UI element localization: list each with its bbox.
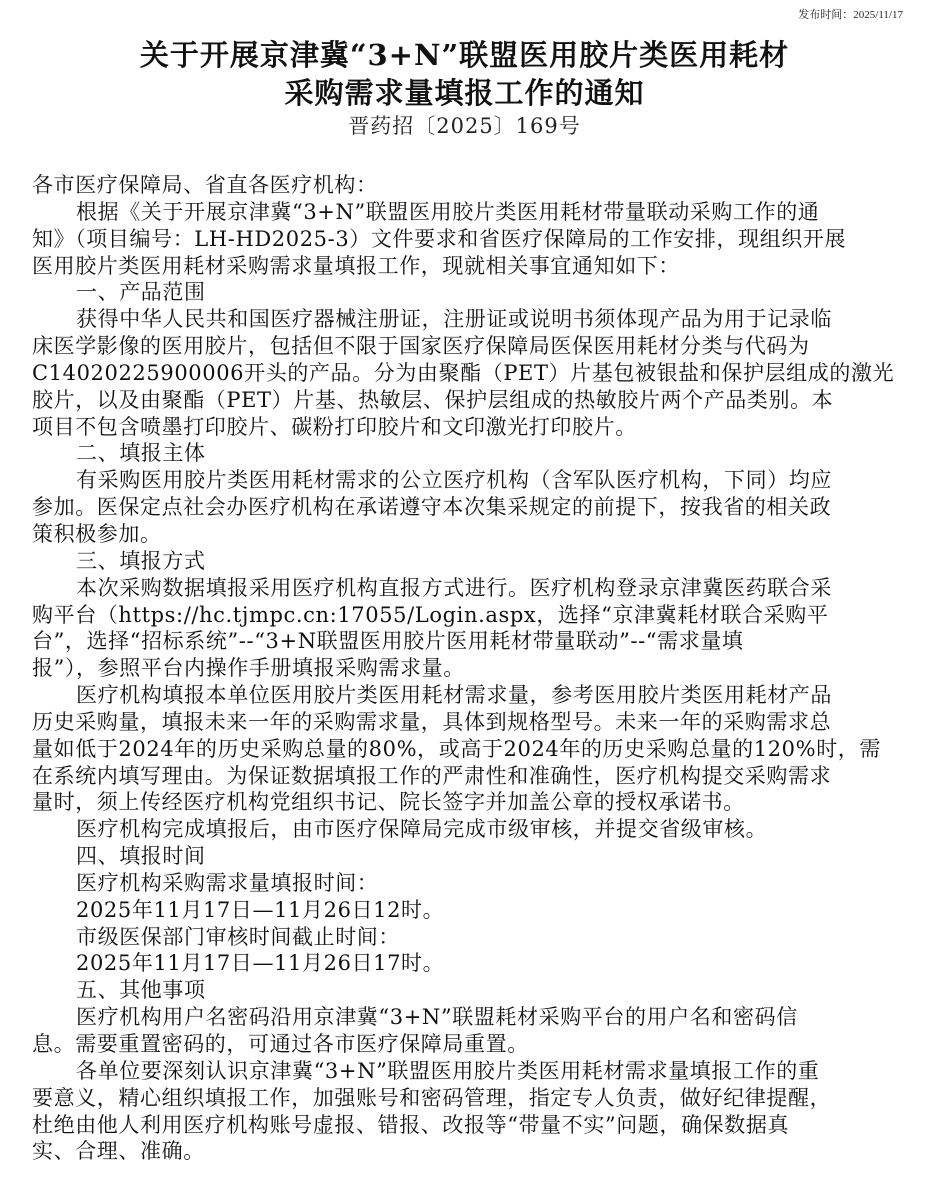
- body-text-line: 量时，须上传经医疗机构党组织书记、院长签字并加盖公章的授权承诺书。: [32, 789, 922, 816]
- body-text-line: 在系统内填写理由。为保证数据填报工作的严肃性和准确性，医疗机构提交采购需求: [32, 763, 922, 790]
- document-title-line-1: 关于开展京津冀“3+N”联盟医用胶片类医用耗材: [0, 36, 929, 74]
- body-text-line: 医疗机构采购需求量填报时间：: [32, 870, 922, 897]
- body-text-line: 策积极参加。: [32, 521, 922, 548]
- body-text-line: 知》（项目编号：LH-HD2025-3）文件要求和省医疗保障局的工作安排，现组织…: [32, 226, 922, 253]
- body-text-line: 医疗机构填报本单位医用胶片类医用耗材需求量，参考医用胶片类医用耗材产品: [32, 682, 922, 709]
- body-text-line: 有采购医用胶片类医用耗材需求的公立医疗机构（含军队医疗机构，下同）均应: [32, 467, 922, 494]
- body-text-line: 杜绝由他人利用医疗机构账号虚报、错报、改报等“带量不实”问题，确保数据真: [32, 1112, 922, 1139]
- body-text-line: 医疗机构完成填报后，由市医疗保障局完成市级审核，并提交省级审核。: [32, 816, 922, 843]
- body-text-line: 要意义，精心组织填报工作，加强账号和密码管理，指定专人负责，做好纪律提醒，: [32, 1085, 922, 1112]
- body-text-line: 购平台（https://hc.tjmpc.cn:17055/Login.aspx…: [32, 602, 922, 629]
- body-text-line: 胶片，以及由聚酯（PET）片基、热敏层、保护层组成的热敏胶片两个产品类别。本: [32, 387, 922, 414]
- body-text-line: 参加。医保定点社会办医疗机构在承诺遵守本次集采规定的前提下，按我省的相关政: [32, 494, 922, 521]
- body-text-line: 获得中华人民共和国医疗器械注册证，注册证或说明书须体现产品为用于记录临: [32, 306, 922, 333]
- body-text-line: 实、合理、准确。: [32, 1138, 922, 1165]
- body-text-line: 一、产品范围: [32, 279, 922, 306]
- body-text-line: 报”），参照平台内操作手册填报采购需求量。: [32, 655, 922, 682]
- body-text-line: 项目不包含喷墨打印胶片、碳粉打印胶片和文印激光打印胶片。: [32, 414, 922, 441]
- document-number: 晋药招〔2025〕169号: [0, 112, 929, 140]
- document-body: 各市医疗保障局、省直各医疗机构：根据《关于开展京津冀“3+N”联盟医用胶片类医用…: [32, 172, 922, 1165]
- body-text-line: 二、填报主体: [32, 440, 922, 467]
- body-text-line: 五、其他事项: [32, 977, 922, 1004]
- body-text-line: 历史采购量，填报未来一年的采购需求量，具体到规格型号。未来一年的采购需求总: [32, 709, 922, 736]
- body-text-line: 2025年11月17日—11月26日12时。: [32, 897, 922, 924]
- body-text-line: 本次采购数据填报采用医疗机构直报方式进行。医疗机构登录京津冀医药联合采: [32, 575, 922, 602]
- publish-date: 发布时间：2025/11/17: [798, 6, 903, 22]
- body-text-line: 2025年11月17日—11月26日17时。: [32, 950, 922, 977]
- body-text-line: 三、填报方式: [32, 548, 922, 575]
- body-text-line: 医用胶片类医用耗材采购需求量填报工作，现就相关事宜通知如下：: [32, 253, 922, 280]
- body-text-line: C14020225900006开头的产品。分为由聚酯（PET）片基包被银盐和保护…: [32, 360, 922, 387]
- body-text-line: 根据《关于开展京津冀“3+N”联盟医用胶片类医用耗材带量联动采购工作的通: [32, 199, 922, 226]
- body-text-line: 息。需要重置密码的，可通过各市医疗保障局重置。: [32, 1031, 922, 1058]
- body-text-line: 各单位要深刻认识京津冀“3+N”联盟医用胶片类医用耗材需求量填报工作的重: [32, 1058, 922, 1085]
- body-text-line: 市级医保部门审核时间截止时间：: [32, 924, 922, 951]
- document-title-line-2: 采购需求量填报工作的通知: [0, 74, 929, 112]
- body-text-line: 床医学影像的医用胶片，包括但不限于国家医疗保障局医保医用耗材分类与代码为: [32, 333, 922, 360]
- body-text-line: 四、填报时间: [32, 843, 922, 870]
- body-text-line: 台”，选择“招标系统”--“3+N联盟医用胶片医用耗材带量联动”--“需求量填: [32, 628, 922, 655]
- body-text-line: 各市医疗保障局、省直各医疗机构：: [32, 172, 922, 199]
- body-text-line: 医疗机构用户名密码沿用京津冀“3+N”联盟耗材采购平台的用户名和密码信: [32, 1004, 922, 1031]
- body-text-line: 量如低于2024年的历史采购总量的80%，或高于2024年的历史采购总量的120…: [32, 736, 922, 763]
